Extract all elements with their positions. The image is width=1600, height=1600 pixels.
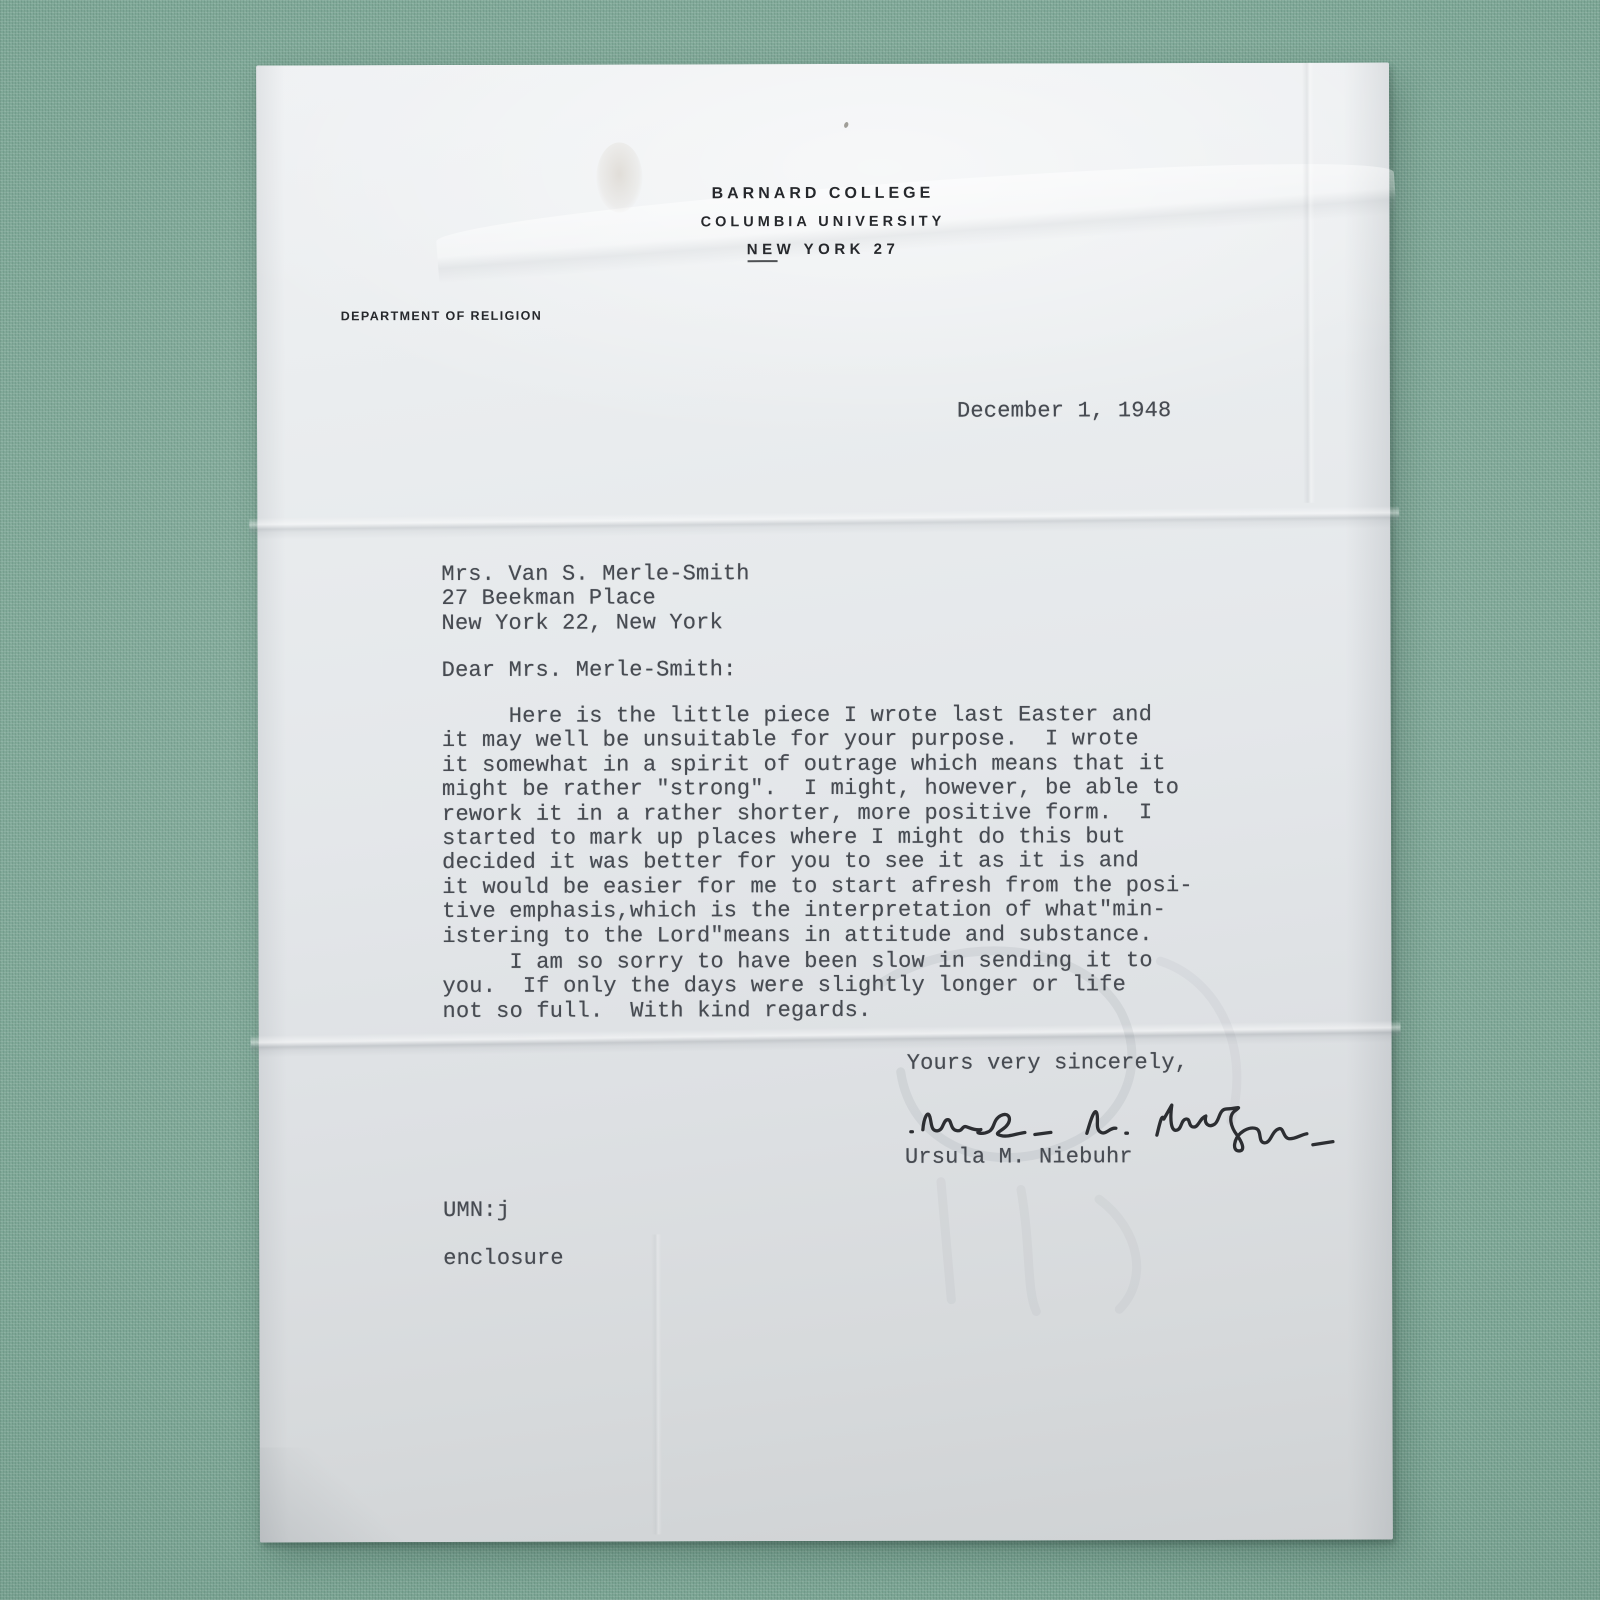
- date-line: December 1, 1948: [957, 399, 1172, 424]
- letterhead-college-name: BARNARD COLLEGE: [256, 179, 1389, 210]
- paper-stain: [596, 142, 642, 212]
- letterhead: BARNARD COLLEGE COLUMBIA UNIVERSITY NEW …: [256, 179, 1389, 266]
- photo-background: BARNARD COLLEGE COLUMBIA UNIVERSITY NEW …: [0, 0, 1600, 1600]
- letterhead-university-name: COLUMBIA UNIVERSITY: [256, 207, 1389, 238]
- fold-crease-upper: [249, 506, 1399, 540]
- closing-line: Yours very sincerely,: [907, 1051, 1189, 1076]
- salutation: Dear Mrs. Merle-Smith:: [442, 658, 737, 683]
- paper-speck: [843, 121, 849, 128]
- show-through-marks: [818, 899, 1299, 1330]
- letterhead-city-line: NEW YORK 27: [257, 235, 1390, 266]
- handwritten-signature: [909, 1089, 1365, 1160]
- letterhead-underline-mark: [747, 260, 777, 262]
- letter-paper: BARNARD COLLEGE COLUMBIA UNIVERSITY NEW …: [256, 63, 1393, 1543]
- enclosure-note: enclosure: [443, 1247, 564, 1272]
- body-paragraph-1: Here is the little piece I wrote last Ea…: [442, 703, 1193, 949]
- fold-crease-top: [434, 147, 1398, 306]
- fold-crease-lower: [251, 1020, 1401, 1057]
- body-paragraph-2: I am so sorry to have been slow in sendi…: [442, 949, 1153, 1024]
- department-line: DEPARTMENT OF RELIGION: [341, 309, 542, 324]
- vertical-crease-bottom: [651, 1234, 662, 1534]
- reference-initials: UMN:j: [443, 1199, 510, 1224]
- vertical-crease-right: [1302, 63, 1315, 503]
- typed-signature-name: Ursula M. Niebuhr: [905, 1145, 1133, 1170]
- corner-shading: [260, 1447, 410, 1542]
- recipient-address: Mrs. Van S. Merle-Smith 27 Beekman Place…: [441, 562, 749, 636]
